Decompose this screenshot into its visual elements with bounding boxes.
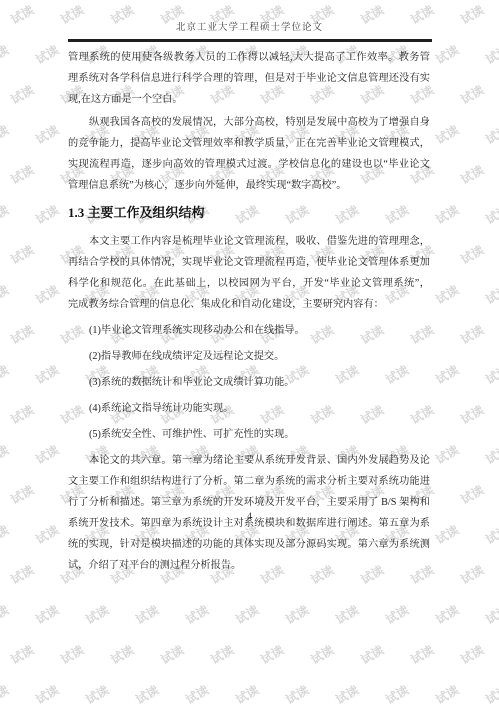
paragraph: 纵观我国各高校的发展情况，大部分高校，特别是发展中高校为了增强自身的竞争能力，提…	[68, 112, 430, 196]
list-item: (3)系统的数据统计和毕业论文成绩计算功能。	[68, 372, 430, 393]
list-item: (2)指导教师在线成绩评定及远程论文提交。	[68, 346, 430, 367]
watermark-text: 试读	[157, 641, 186, 668]
watermark-text: 试读	[457, 641, 486, 668]
numbered-list: (1)毕业论文管理系统实现移动办公和在线指导。(2)指导教师在线成绩评定及远程论…	[68, 320, 430, 445]
section-heading: 1.3 主要工作及组织结构	[68, 204, 430, 222]
watermark-text: 试读	[82, 601, 111, 628]
text-line: 文主要工作和组织结构进行了分析。第二章为系统的需求分析主要对系统功能进	[68, 471, 430, 492]
watermark-text: 试读	[32, 601, 61, 628]
list-item: (5)系统安全性、可维护性、可扩充性的实现。	[68, 424, 430, 445]
text-line: 管理系统的使用使各级教务人员的工作得以减轻,大大提高了工作效率。教务管	[68, 47, 430, 68]
text-line: 试，介绍了对平台的测过程分析报告。	[68, 555, 430, 576]
text-line: 理系统对各学科信息进行科学合理的管理，但是对于毕业论文信息管理还没有实	[68, 68, 430, 89]
watermark-text: 试读	[132, 601, 161, 628]
page-header: 北京工业大学工程硕士学位论文	[0, 0, 499, 42]
watermark-text: 试读	[382, 601, 411, 628]
text-line: 现,在这方面是一个空白。	[68, 89, 430, 110]
watermark-text: 试读	[107, 641, 136, 668]
list-item: (1)毕业论文管理系统实现移动办公和在线指导。	[68, 320, 430, 341]
watermark-text: 试读	[132, 681, 161, 706]
text-line: 再结合学校的具体情况，实现毕业论文管理流程再造，使毕业论文管理体系更加	[68, 252, 430, 273]
text-line: 本论文的共六章。第一章为绪论主要从系统开发背景、国内外发展趋势及论	[68, 450, 430, 471]
header-rule-divider	[68, 39, 432, 42]
watermark-text: 试读	[257, 641, 286, 668]
document-content: 管理系统的使用使各级教务人员的工作得以减轻,大大提高了工作效率。教务管理系统对各…	[68, 47, 430, 576]
text-line: 管理信息系统”为核心，逐步向外延伸，最终实现“数字高校”。	[68, 175, 430, 196]
list-item: (4)系统论文指导统计功能实现。	[68, 398, 430, 419]
paragraph: 管理系统的使用使各级教务人员的工作得以减轻,大大提高了工作效率。教务管理系统对各…	[68, 47, 430, 110]
watermark-text: 试读	[82, 681, 111, 706]
watermark-text: 试读	[0, 681, 12, 706]
paragraph: 本文主要工作内容是梳理毕业论文管理流程，吸收、借鉴先进的管理理念，再结合学校的具…	[68, 231, 430, 315]
document-page: 试读试读试读试读试读试读试读试读试读试读试读试读试读试读试读试读试读试读试读试读…	[0, 0, 499, 706]
watermark-text: 试读	[7, 641, 36, 668]
watermark-text: 试读	[182, 601, 211, 628]
watermark-text: 试读	[482, 681, 499, 706]
watermark-text: 试读	[382, 681, 411, 706]
watermark-text: 试读	[32, 681, 61, 706]
watermark-text: 试读	[207, 641, 236, 668]
text-line: 纵观我国各高校的发展情况，大部分高校，特别是发展中高校为了增强自身	[68, 112, 430, 133]
watermark-text: 试读	[282, 601, 311, 628]
watermark-text: 试读	[282, 681, 311, 706]
watermark-text: 试读	[407, 641, 436, 668]
page-number: 4	[247, 511, 252, 521]
text-line: 科学化和规范化。在此基础上，以校园网为平台，开发“毕业论文管理系统”，	[68, 273, 430, 294]
watermark-text: 试读	[232, 601, 261, 628]
page-footer: 4	[0, 506, 499, 524]
watermark-text: 试读	[432, 601, 461, 628]
watermark-text: 试读	[482, 601, 499, 628]
header-title: 北京工业大学工程硕士学位论文	[0, 0, 499, 35]
watermark-text: 试读	[332, 601, 361, 628]
watermark-text: 试读	[232, 681, 261, 706]
watermark-text: 试读	[357, 641, 386, 668]
text-line: 实现流程再造，逐步向高效的管理模式过渡。学校信息化的建设也以“毕业论文	[68, 154, 430, 175]
watermark-text: 试读	[182, 681, 211, 706]
text-line: 的竞争能力，提高毕业论文管理效率和教学质量，正在完善毕业论文管理模式，	[68, 133, 430, 154]
watermark-text: 试读	[432, 681, 461, 706]
text-line: 本文主要工作内容是梳理毕业论文管理流程，吸收、借鉴先进的管理理念，	[68, 231, 430, 252]
watermark-text: 试读	[332, 681, 361, 706]
watermark-text: 试读	[307, 641, 336, 668]
text-line: 完成教务综合管理的信息化、集成化和自动化建设，主要研究内容有：	[68, 294, 430, 315]
watermark-text: 试读	[57, 641, 86, 668]
text-line: 统的实现，针对是模块描述的功能的具体实现及部分源码实现。第六章为系统测	[68, 534, 430, 555]
watermark-text: 试读	[0, 601, 12, 628]
